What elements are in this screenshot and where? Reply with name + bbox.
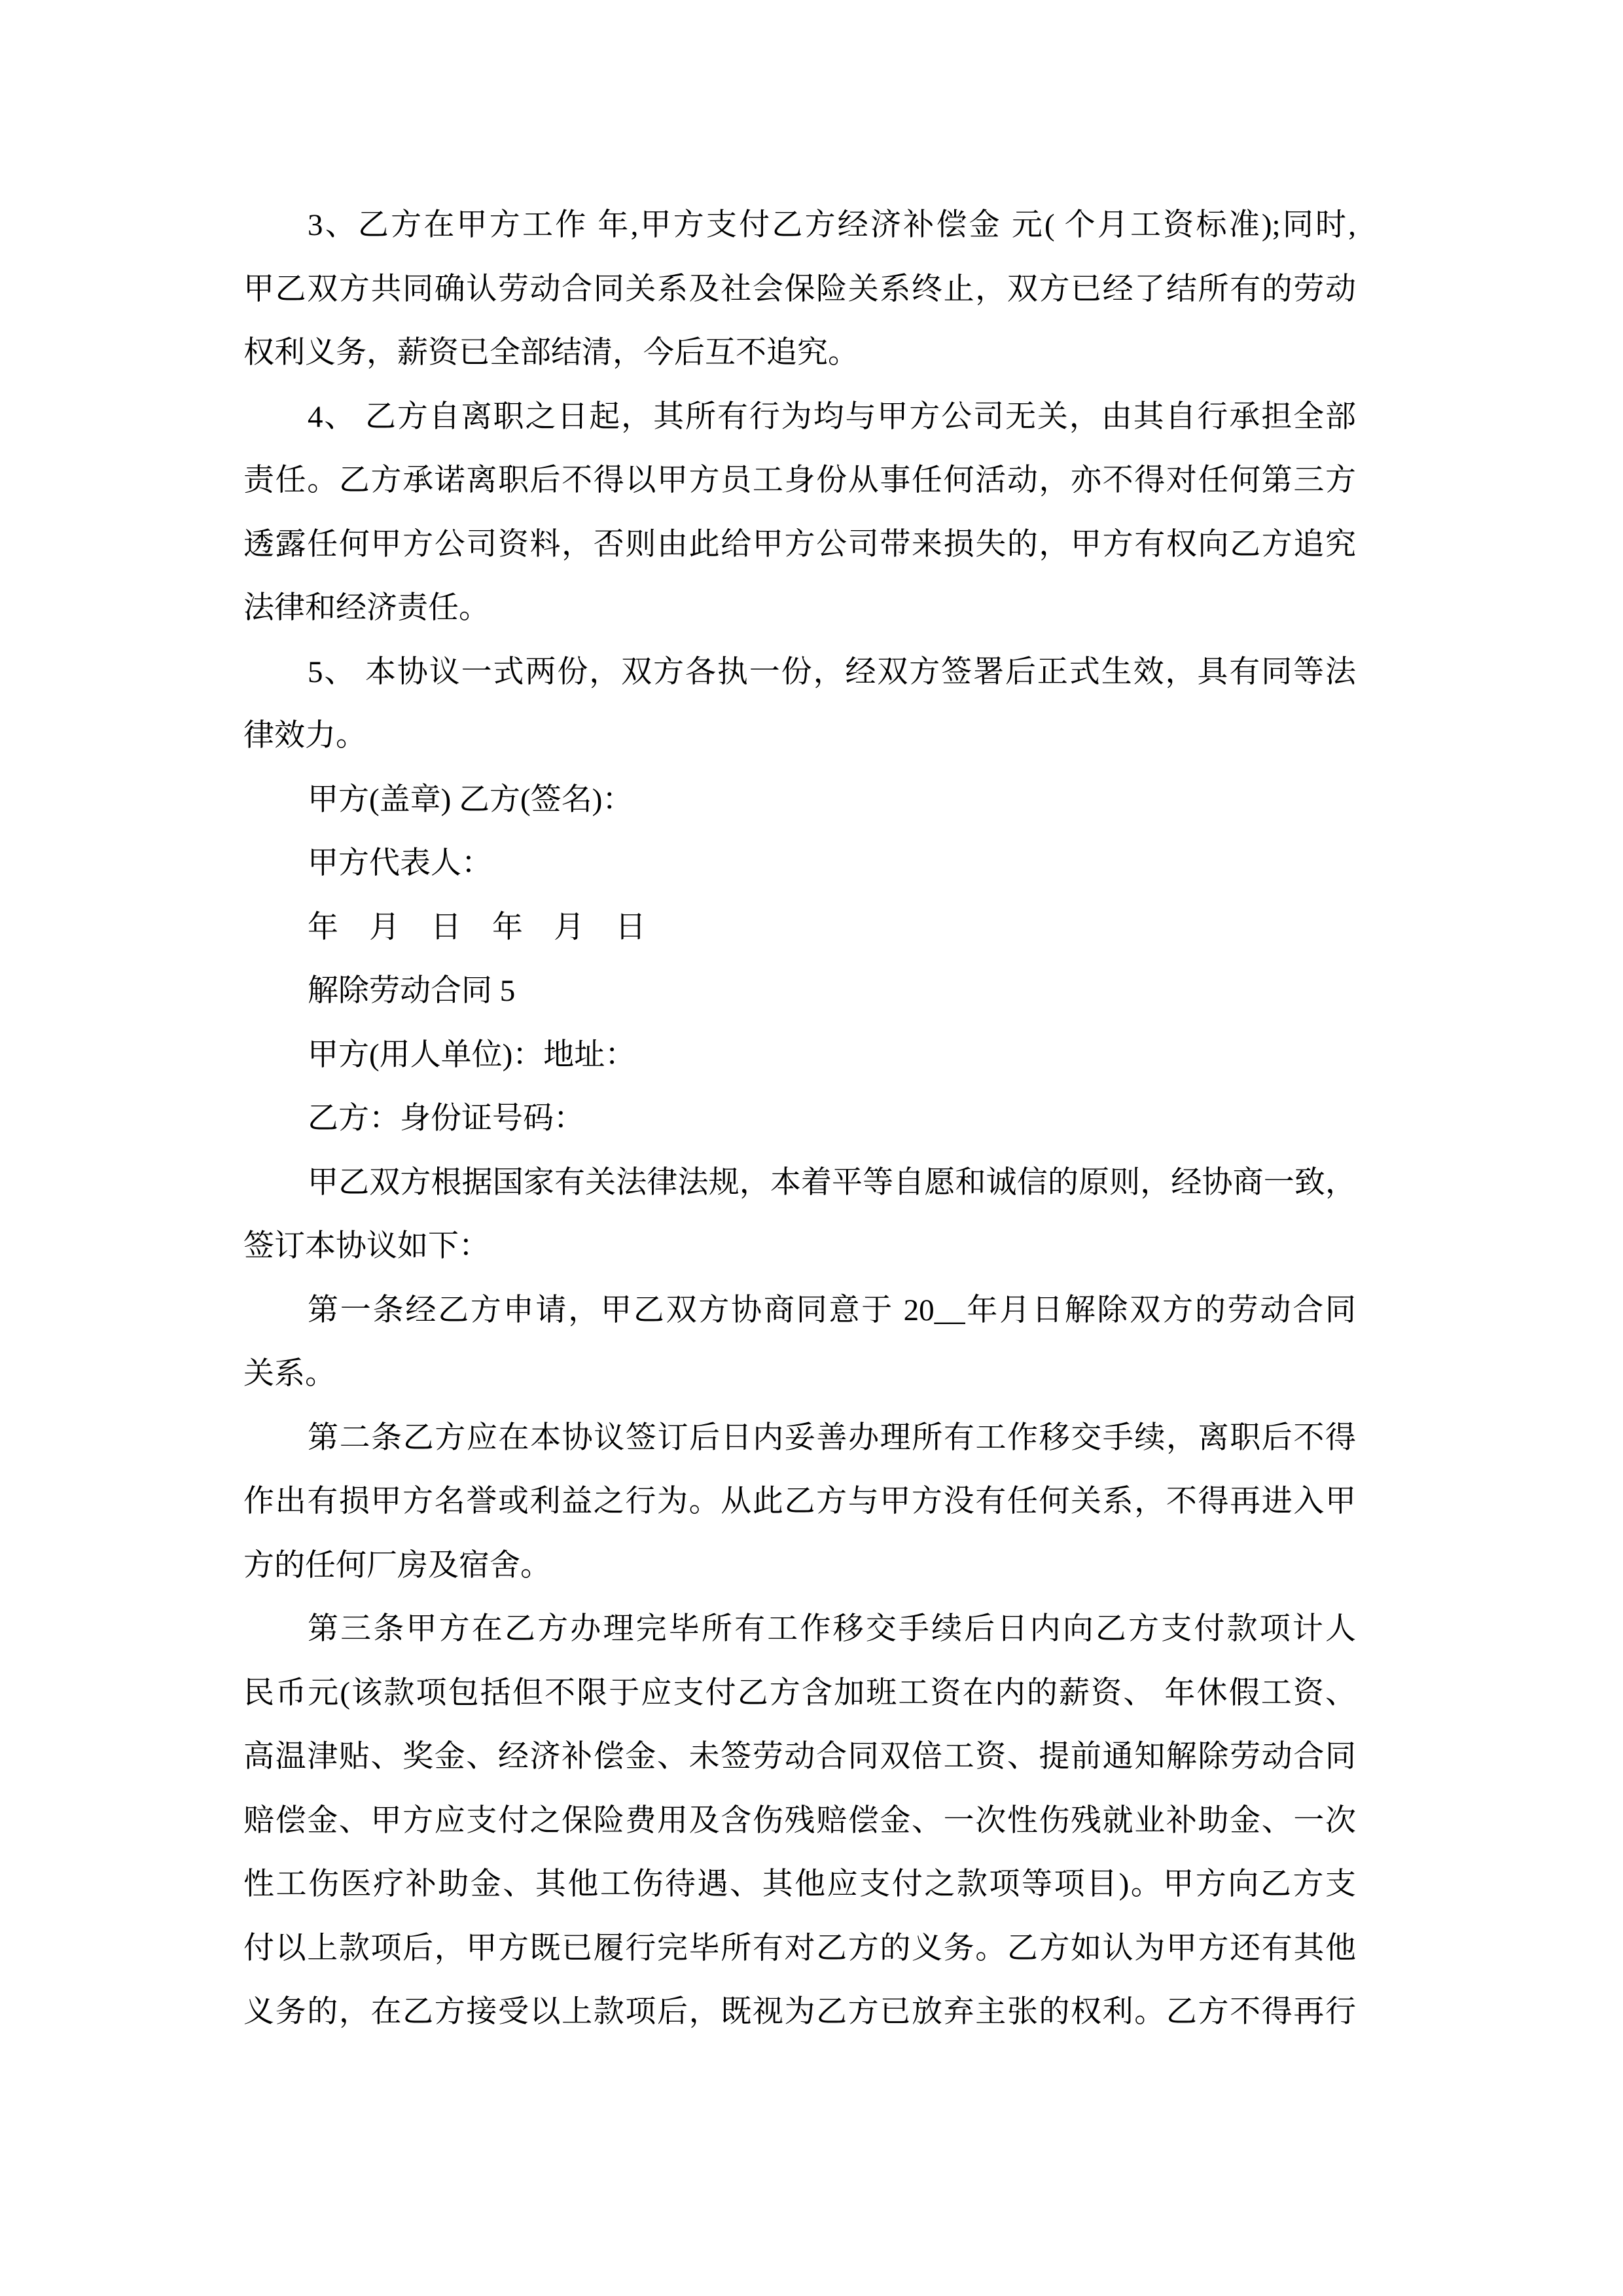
section-heading: 解除劳动合同 5 — [243, 960, 1356, 1024]
text-line: 第三条甲方在乙方办理完毕所有工作移交手续后日内向乙方支付款项计人 — [243, 1598, 1356, 1662]
text-line: 法律和经济责任。 — [243, 577, 1356, 641]
text-line: 作出有损甲方名誉或利益之行为。从此乙方与甲方没有任何关系，不得再进入甲 — [243, 1470, 1356, 1534]
text-line: 律效力。 — [243, 704, 1356, 768]
date-line: 年 月 日 年 月 日 — [243, 896, 1356, 960]
text-line: 性工伤医疗补助金、其他工伤待遇、其他应支付之款项等项目)。甲方向乙方支 — [243, 1853, 1356, 1917]
text-line: 第一条经乙方申请，甲乙双方协商同意于 20__年月日解除双方的劳动合同 — [243, 1279, 1356, 1343]
text-line: 签订本协议如下： — [243, 1215, 1356, 1279]
text-line: 甲乙双方共同确认劳动合同关系及社会保险关系终止，双方已经了结所有的劳动 — [243, 258, 1356, 322]
text-line: 义务的，在乙方接受以上款项后，既视为乙方已放弃主张的权利。乙方不得再行 — [243, 1981, 1356, 2045]
text-line: 透露任何甲方公司资料，否则由此给甲方公司带来损失的，甲方有权向乙方追究 — [243, 513, 1356, 577]
text-line: 4、 乙方自离职之日起，其所有行为均与甲方公司无关，由其自行承担全部 — [243, 386, 1356, 450]
text-line: 甲乙双方根据国家有关法律法规，本着平等自愿和诚信的原则，经协商一致， — [243, 1151, 1356, 1215]
text-line: 民币元(该款项包括但不限于应支付乙方含加班工资在内的薪资、 年休假工资、 — [243, 1662, 1356, 1726]
party-line: 乙方：身份证号码： — [243, 1087, 1356, 1151]
text-line: 3、乙方在甲方工作 年,甲方支付乙方经济补偿金 元( 个月工资标准);同时, — [243, 194, 1356, 258]
document-text-block: 3、乙方在甲方工作 年,甲方支付乙方经济补偿金 元( 个月工资标准);同时, 甲… — [243, 194, 1356, 2045]
text-line: 责任。乙方承诺离职后不得以甲方员工身份从事任何活动，亦不得对任何第三方 — [243, 449, 1356, 513]
signature-line: 甲方(盖章) 乙方(签名)： — [243, 768, 1356, 833]
text-line: 关系。 — [243, 1342, 1356, 1407]
party-line: 甲方(用人单位)：地址： — [243, 1024, 1356, 1088]
text-line: 5、 本协议一式两份，双方各执一份，经双方签署后正式生效，具有同等法 — [243, 641, 1356, 705]
text-line: 第二条乙方应在本协议签订后日内妥善办理所有工作移交手续，离职后不得 — [243, 1407, 1356, 1471]
signature-line: 甲方代表人： — [243, 832, 1356, 896]
text-line: 赔偿金、甲方应支付之保险费用及含伤残赔偿金、一次性伤残就业补助金、一次 — [243, 1789, 1356, 1854]
text-line: 方的任何厂房及宿舍。 — [243, 1534, 1356, 1598]
text-line: 付以上款项后，甲方既已履行完毕所有对乙方的义务。乙方如认为甲方还有其他 — [243, 1917, 1356, 1981]
document-page: 3、乙方在甲方工作 年,甲方支付乙方经济补偿金 元( 个月工资标准);同时, 甲… — [0, 0, 1623, 2296]
text-line: 高温津贴、奖金、经济补偿金、未签劳动合同双倍工资、提前通知解除劳动合同 — [243, 1725, 1356, 1789]
text-line: 权利义务，薪资已全部结清，今后互不追究。 — [243, 321, 1356, 386]
